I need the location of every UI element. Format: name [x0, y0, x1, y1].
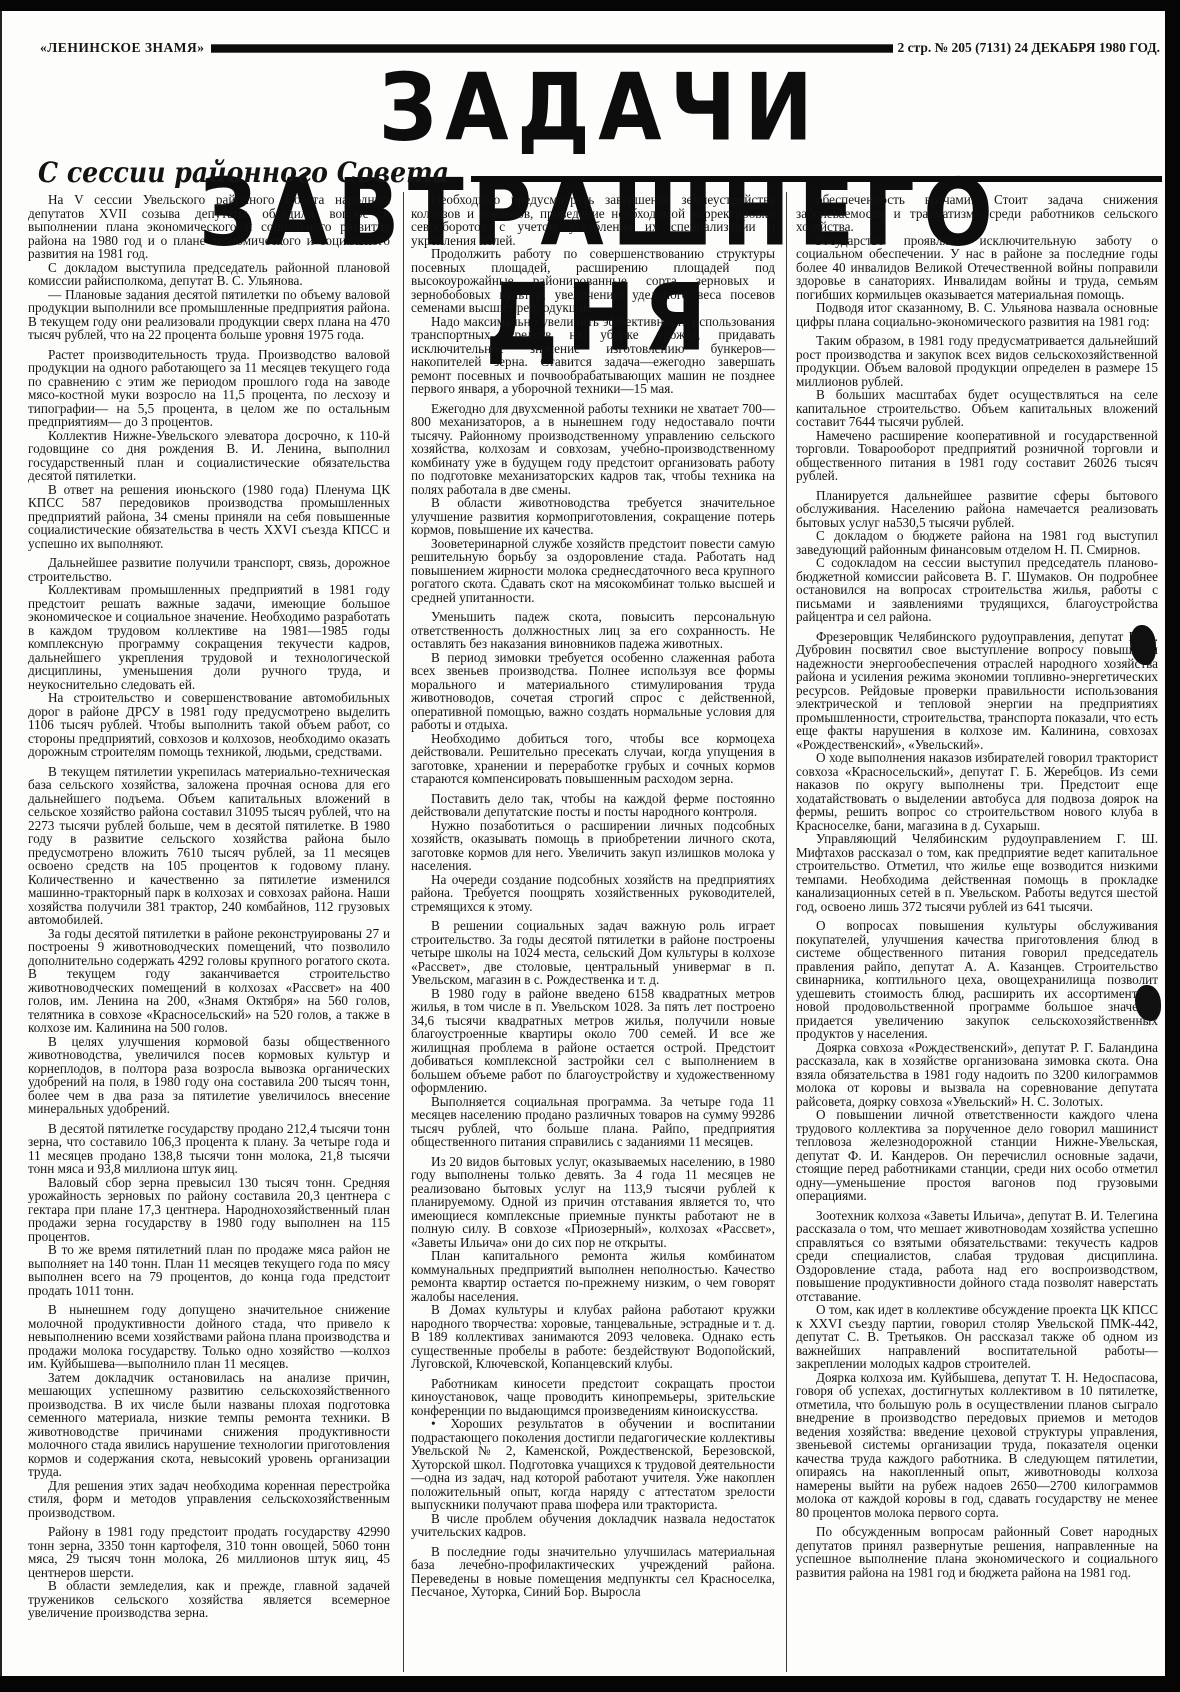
article-paragraph: Необходимо добиться того, чтобы все корм…: [411, 732, 775, 786]
article-paragraph: В решении социальных задач важную роль и…: [411, 919, 775, 987]
article-paragraph: О повышении личной ответственности каждо…: [796, 1108, 1158, 1203]
subheading-row: С сессии районного Совета: [38, 154, 1162, 190]
scan-ink-blot: [1130, 625, 1156, 665]
article-paragraph: О том, как идет в коллективе обсуждение …: [796, 1303, 1158, 1371]
article-paragraph: В то же время пятилетний план по продаже…: [28, 1243, 390, 1297]
article-paragraph: В числе проблем обучения докладчик назва…: [411, 1512, 775, 1539]
article-paragraph: Продолжить работу по совершенствованию с…: [411, 247, 775, 315]
article-paragraph: О ходе выполнения наказов избирателей го…: [796, 751, 1158, 832]
article-paragraph: Нужно позаботиться о расширении личных п…: [411, 819, 775, 873]
article-paragraph: Коллективам промышленных предприятий в 1…: [28, 583, 390, 691]
article-paragraph: Таким образом, в 1981 году предусматрива…: [796, 334, 1158, 388]
scan-ink-blot: [1135, 985, 1161, 1021]
article-paragraph: Поставить дело так, чтобы на каждой ферм…: [411, 792, 775, 819]
subheading-rule: [471, 176, 1162, 182]
article-paragraph: В 1980 году в районе введено 6158 квадра…: [411, 987, 775, 1095]
article-paragraph: В целях улучшения кормовой базы обществе…: [28, 1035, 390, 1116]
article-paragraph: На очереди создание подсобных хозяйств н…: [411, 873, 775, 914]
article-paragraph: С содокладом на сессии выступил председа…: [796, 556, 1158, 624]
article-paragraph: Работникам киносети предстоит сокращать …: [411, 1377, 775, 1418]
article-paragraph: В области земледелия, как и прежде, глав…: [28, 1579, 390, 1620]
article-paragraph: По обсужденным вопросам районный Совет н…: [796, 1525, 1158, 1579]
article-paragraph: В нынешнем году допущено значительное сн…: [28, 1303, 390, 1371]
article-paragraph: В больших масштабах будет осуществляться…: [796, 388, 1158, 429]
column-divider: [786, 192, 787, 1672]
article-paragraph: В области животноводства требуется значи…: [411, 496, 775, 537]
subheading: С сессии районного Совета: [38, 156, 449, 189]
article-paragraph: Доярка совхоза «Рождественский», депутат…: [796, 1041, 1158, 1109]
article-paragraph: Уменьшить падеж скота, повысить персонал…: [411, 610, 775, 651]
article-paragraph: Ежегодно для двухсменной работы техники …: [411, 402, 775, 497]
article-paragraph: В десятой пятилетке государству продано …: [28, 1122, 390, 1176]
article-paragraph: Валовый сбор зерна превысил 130 тысяч то…: [28, 1176, 390, 1244]
article-paragraph: • Хороших результатов в обучении и воспи…: [411, 1417, 775, 1512]
article-paragraph: Затем докладчик остановилась на анализе …: [28, 1371, 390, 1479]
article-paragraph: обеспеченность врачами. Стоит задача сни…: [796, 193, 1158, 234]
article-paragraph: Зоотехник колхоза «Заветы Ильича», депут…: [796, 1209, 1158, 1304]
masthead-rule: [211, 44, 894, 53]
article-paragraph: Для решения этих задач необходима коренн…: [28, 1479, 390, 1520]
article-paragraph: С докладом выступила председатель районн…: [28, 261, 390, 288]
article-paragraph: В ответ на решения июньского (1980 года)…: [28, 483, 390, 551]
article-paragraph: О вопросах повышения культуры обслуживан…: [796, 919, 1158, 1041]
scan-border-top: [0, 0, 1180, 11]
article-paragraph: Выполняется социальная программа. За чет…: [411, 1095, 775, 1149]
article-paragraph: Из 20 видов бытовых услуг, оказываемых н…: [411, 1155, 775, 1250]
article-paragraph: Доярка колхоза им. Куйбышева, депутат Т.…: [796, 1371, 1158, 1520]
article-paragraph: Фрезеровщик Челябинского рудоуправления,…: [796, 630, 1158, 752]
article-paragraph: Необходимо предусмотреть завершение земл…: [411, 193, 775, 247]
article-paragraph: Растет производительность труда. Произво…: [28, 348, 390, 429]
scan-border-right: [1165, 0, 1180, 1692]
article-column-1: На V сессии Увельского районного Совета …: [28, 193, 390, 1620]
newspaper-name: «ЛЕНИНСКОЕ ЗНАМЯ»: [40, 40, 205, 56]
article-column-3: обеспеченность врачами. Стоит задача сни…: [796, 193, 1158, 1579]
article-paragraph: Планируется дальнейшее развитие сферы бы…: [796, 489, 1158, 530]
scan-border-bottom: [0, 1676, 1180, 1692]
article-paragraph: План капитального ремонта жилья комбинат…: [411, 1249, 775, 1303]
article-paragraph: Управляющий Челябинским рудоуправлением …: [796, 832, 1158, 913]
headline: ЗАДАЧИ ЗАВТРАШНЕГО ДНЯ: [79, 56, 1121, 161]
article-paragraph: Государство проявляет исключительную заб…: [796, 234, 1158, 302]
scan-border-left: [0, 11, 2, 1676]
article-paragraph: На V сессии Увельского районного Совета …: [28, 193, 390, 261]
article-column-2: Необходимо предусмотреть завершение земл…: [411, 193, 775, 1599]
article-paragraph: В текущем пятилетии укрепилась материаль…: [28, 765, 390, 927]
article-paragraph: На строительство и совершенствование авт…: [28, 691, 390, 759]
article-paragraph: Дальнейшее развитие получили транспорт, …: [28, 556, 390, 583]
article-paragraph: Зооветеринарной службе хозяйств предстои…: [411, 537, 775, 605]
article-paragraph: Коллектив Нижне-Увельского элеватора дос…: [28, 429, 390, 483]
issue-info: 2 стр. № 205 (7131) 24 ДЕКАБРЯ 1980 ГОД.: [897, 40, 1160, 56]
article-paragraph: С докладом о бюджете района на 1981 год …: [796, 529, 1158, 556]
article-paragraph: Надо максимально увеличить эффективность…: [411, 315, 775, 396]
article-paragraph: За годы десятой пятилетки в районе рекон…: [28, 927, 390, 1035]
article-paragraph: — Плановые задания десятой пятилетки по …: [28, 288, 390, 342]
article-paragraph: Району в 1981 году предстоит продать гос…: [28, 1525, 390, 1579]
column-divider: [403, 192, 404, 1672]
article-paragraph: В последние годы значительно улучшилась …: [411, 1545, 775, 1599]
article-paragraph: В период зимовки требуется особенно слаж…: [411, 651, 775, 732]
article-paragraph: Намечено расширение кооперативной и госу…: [796, 429, 1158, 483]
article-paragraph: В Домах культуры и клубах района работаю…: [411, 1303, 775, 1371]
article-paragraph: Подводя итог сказанному, В. С. Ульянова …: [796, 301, 1158, 328]
